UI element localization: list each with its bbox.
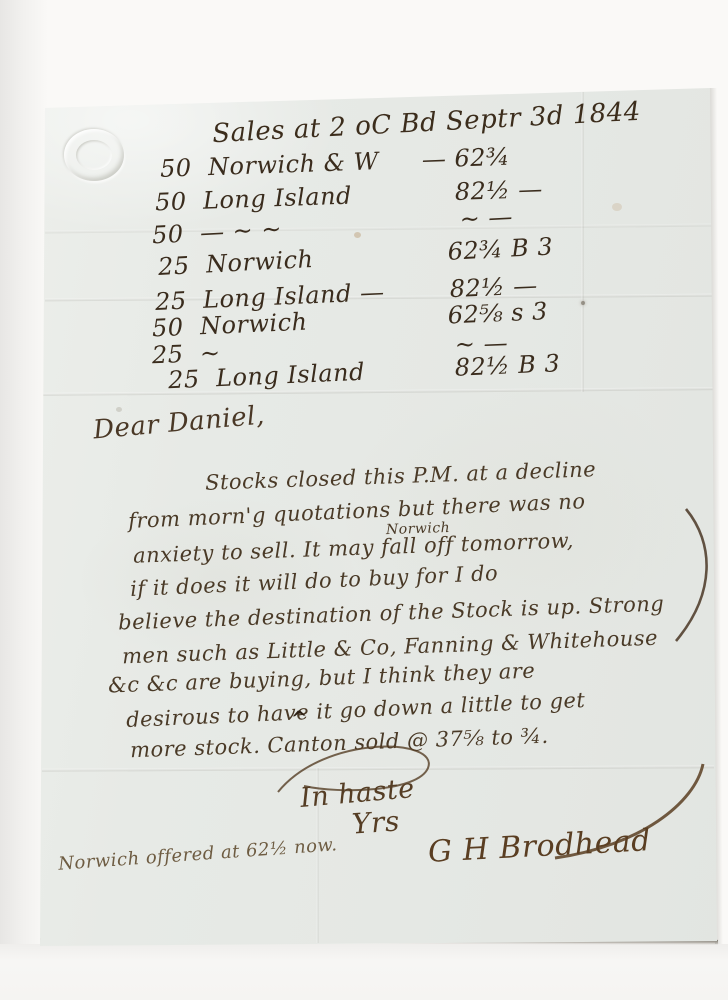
- sales-qty: 50: [160, 155, 209, 181]
- sales-row: 50Norwich & W — 62¾: [160, 149, 380, 181]
- body-line: anxiety to sell. It may fall off tomorro…: [133, 530, 574, 566]
- sales-stock: Norwich: [199, 308, 308, 341]
- embossed-seal-center: [76, 140, 112, 170]
- scanned-letter: Sales at 2 oC Bd Septr 3d 1844 50Norwich…: [0, 0, 728, 1000]
- sales-price: — 62¾: [421, 145, 510, 172]
- sales-price: 62¾ B 3: [447, 234, 554, 263]
- sales-price: ~ —: [459, 205, 513, 232]
- sales-price: 82½ B 3: [454, 351, 560, 380]
- sales-stock: Long Island: [203, 182, 353, 215]
- scanner-background-bottom: [0, 944, 728, 1000]
- letter-paper: Sales at 2 oC Bd Septr 3d 1844 50Norwich…: [0, 0, 728, 1000]
- body-line: if it does it will do to buy for I do: [130, 563, 499, 600]
- body-line: from morn'g quotations but there was no: [128, 491, 586, 532]
- sales-price: 82½ —: [454, 177, 543, 204]
- sales-stock: Norwich: [205, 245, 314, 279]
- body-line: Stocks closed this P.M. at a decline: [205, 459, 597, 494]
- sales-qty: 50: [151, 221, 200, 247]
- sales-row: 25~ ~ —: [152, 341, 221, 367]
- sales-row: 50— ~ ~ ~ —: [151, 217, 282, 248]
- sales-qty: 25: [168, 366, 217, 392]
- sales-stock: Norwich & W: [208, 147, 380, 181]
- sales-qty: 25: [155, 288, 204, 314]
- margin-brace-flourish: [668, 505, 720, 645]
- body-line: men such as Little & Co, Fanning & White…: [122, 628, 659, 668]
- sales-row: 50Long Island 82½ —: [155, 184, 353, 215]
- sales-qty: 50: [152, 314, 201, 340]
- stain-speck: [612, 203, 622, 211]
- sales-qty: 25: [152, 342, 201, 368]
- sales-row: 25Norwich 62¾ B 3: [157, 247, 314, 279]
- sales-qty: 50: [155, 189, 204, 215]
- fold-crease: [581, 92, 584, 392]
- fold-crease: [42, 387, 714, 396]
- sales-heading: Sales at 2 oC Bd Septr 3d 1844: [212, 99, 642, 147]
- stain-speck: [116, 407, 122, 412]
- postscript: Norwich offered at 62½ now.: [58, 836, 338, 873]
- sales-price: 62⅝ s 3: [447, 299, 548, 327]
- fold-crease: [45, 224, 713, 234]
- sales-stock: Long Island: [215, 358, 365, 392]
- sales-stock: — ~ ~: [199, 215, 282, 247]
- sales-qty: 25: [157, 253, 206, 279]
- closing-yrs: Yrs: [351, 807, 401, 838]
- sales-row: 50Norwich 62⅝ s 3: [152, 310, 308, 341]
- embossed-seal: [64, 129, 124, 181]
- insertion-caret: ^: [290, 707, 309, 728]
- sales-row: 25Long Island 82½ B 3: [168, 360, 366, 393]
- stain-speck: [354, 232, 361, 238]
- sales-price: 82½ —: [449, 273, 538, 301]
- fold-pinhole: [581, 301, 585, 305]
